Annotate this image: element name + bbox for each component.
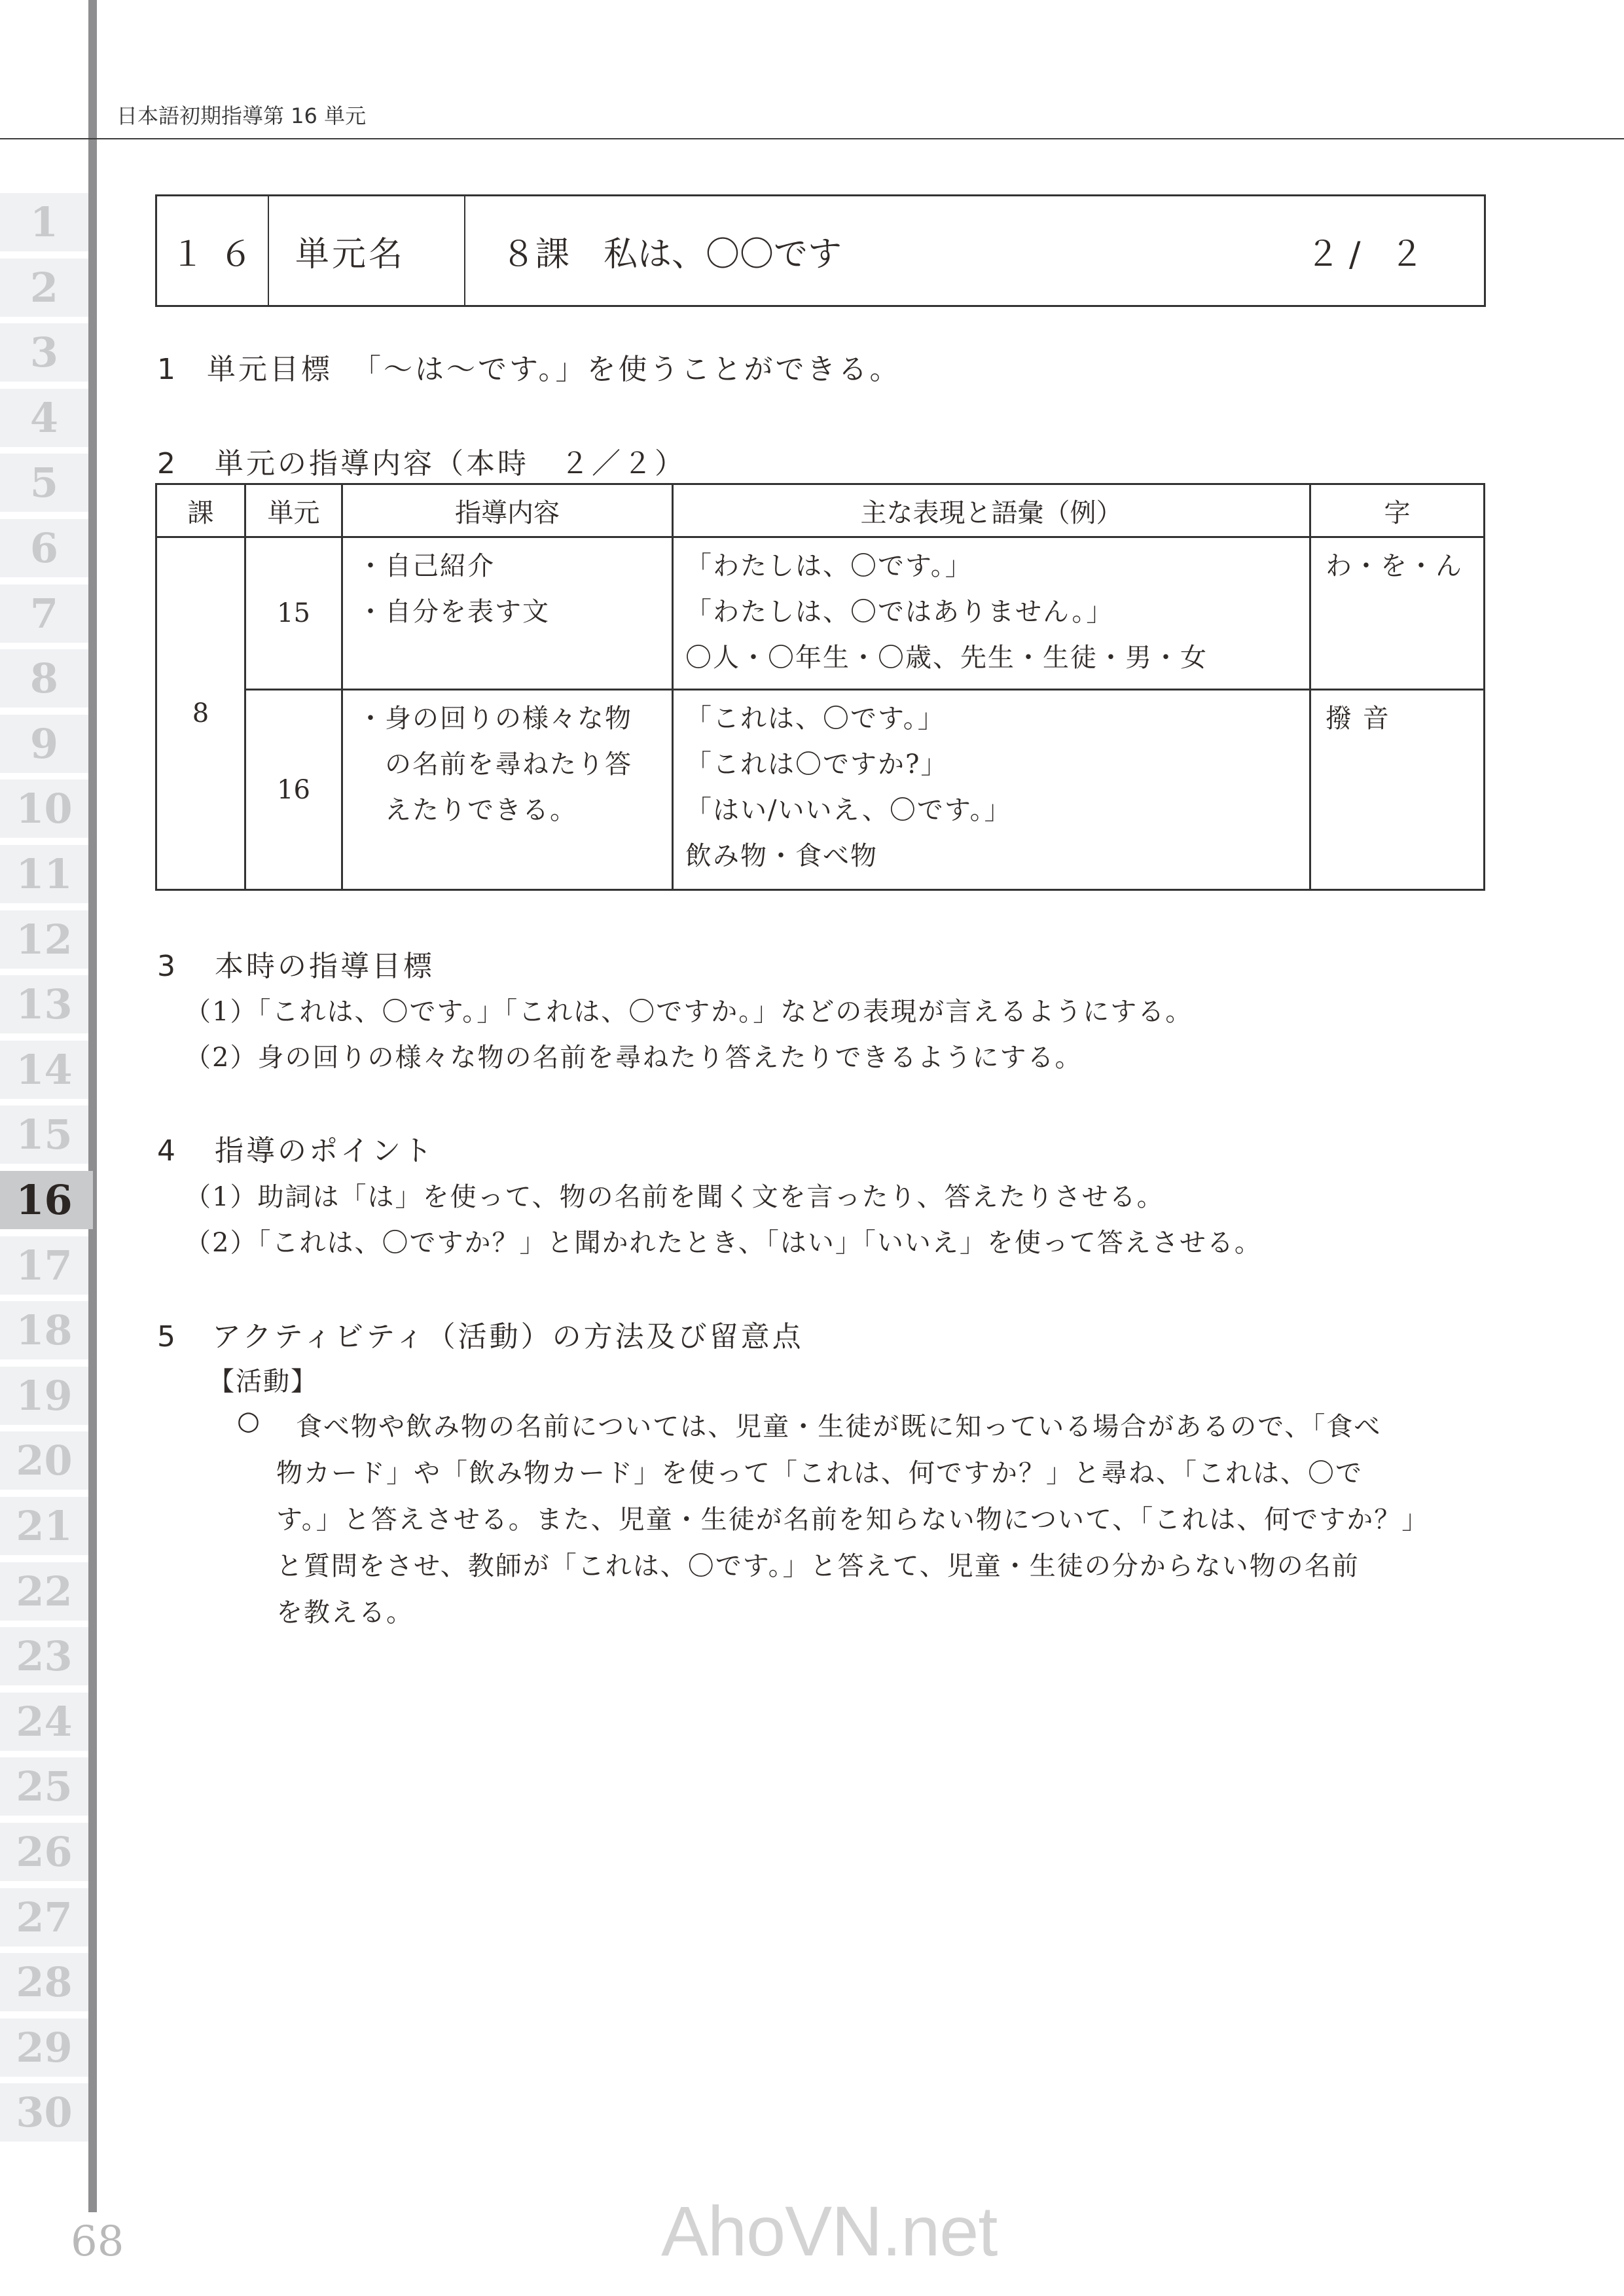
chapter-tab-21[interactable]: 21: [0, 1497, 88, 1555]
expression-line: 「これは〇ですか?」: [685, 742, 1309, 787]
unit-name-cell: ８課 私は、〇〇です ２/ ２: [465, 196, 1484, 305]
chapter-tab-29[interactable]: 29: [0, 2018, 88, 2077]
section-number: 5: [157, 1320, 212, 1354]
chapter-tab-23[interactable]: 23: [0, 1627, 88, 1685]
chapter-tab-13[interactable]: 13: [0, 975, 88, 1033]
point-item-1: （1）助詞は「は」を使って、物の名前を聞く文を言ったり、答えたりさせる。: [185, 1176, 1164, 1213]
characters-text: わ・を・ん: [1326, 543, 1483, 589]
point-item-2: （2）「これは、〇ですか？」と聞かれたとき、「はい」「いいえ」を使って答えさせる…: [185, 1222, 1262, 1259]
chapter-tab-1[interactable]: 1: [0, 193, 88, 251]
section-4-heading: 4指導のポイント: [157, 1127, 435, 1169]
expressions-cell: 「わたしは、〇です。」 「わたしは、〇ではありません。」 〇人・〇年生・〇歳、先…: [673, 537, 1310, 690]
header-unit: 単元: [245, 484, 342, 537]
section-title: 単元の指導内容（本時 ２／２）: [215, 447, 686, 480]
chapter-tab-3[interactable]: 3: [0, 323, 88, 382]
content-line: ・自分を表す文: [357, 589, 672, 635]
section-title: アクティビティ（活動）の方法及び留意点: [212, 1320, 804, 1354]
chapter-tab-4[interactable]: 4: [0, 389, 88, 447]
section-title: 本時の指導目標: [215, 950, 435, 983]
section-number: 1: [157, 353, 207, 386]
chapter-tab-30[interactable]: 30: [0, 2083, 88, 2142]
section-number: 3: [157, 950, 215, 983]
running-head: 日本語初期指導第 16 単元: [117, 99, 366, 130]
section-1-goal: 「～は～です。」を使うことができる。: [352, 353, 901, 386]
activity-paragraph-line: す。」と答えさせる。また、児童・生徒が名前を知らない物について、「これは、何です…: [276, 1499, 1429, 1536]
table-row: 8 15 ・自己紹介 ・自分を表す文 「わたしは、〇です。」 「わたしは、〇では…: [156, 537, 1485, 690]
content-line: の名前を尋ねたり答: [357, 742, 672, 787]
expressions-cell: 「これは、〇です。」 「これは〇ですか?」 「はい/いいえ、〇です。」 飲み物・…: [673, 690, 1310, 890]
expression-line: 「わたしは、〇です。」: [685, 543, 1309, 589]
header-expressions: 主な表現と語彙（例）: [673, 484, 1310, 537]
unit-name-label: 単元名: [269, 196, 465, 305]
content-line: えたりできる。: [357, 787, 672, 833]
expression-line: 「これは、〇です。」: [685, 696, 1309, 742]
unit-name: ８課 私は、〇〇です: [501, 226, 842, 276]
activity-paragraph-line: 食べ物や飲み物の名前については、児童・生徒が既に知っている場合があるので、「食べ: [296, 1406, 1381, 1443]
table-row: 16 ・身の回りの様々な物 の名前を尋ねたり答 えたりできる。 「これは、〇です…: [156, 690, 1485, 890]
chapter-tab-15[interactable]: 15: [0, 1105, 88, 1164]
chapter-tab-6[interactable]: 6: [0, 519, 88, 577]
spine-bar: [88, 0, 97, 2212]
chapter-tab-26[interactable]: 26: [0, 1823, 88, 1881]
chapter-tab-12[interactable]: 12: [0, 910, 88, 969]
chapter-tab-9[interactable]: 9: [0, 715, 88, 773]
section-3-heading: 3本時の指導目標: [157, 942, 435, 984]
lesson-cell: 8: [156, 537, 245, 890]
table-header-row: 課 単元 指導内容 主な表現と語彙（例） 字: [156, 484, 1485, 537]
unit-cell: 15: [245, 537, 342, 690]
chapter-tab-28[interactable]: 28: [0, 1953, 88, 2011]
section-5-heading: 5アクティビティ（活動）の方法及び留意点: [157, 1313, 804, 1355]
page-number: 68: [71, 2217, 124, 2266]
chapter-tab-8[interactable]: 8: [0, 649, 88, 708]
watermark: AhoVN.net: [661, 2190, 997, 2272]
chapter-tab-22[interactable]: 22: [0, 1562, 88, 1621]
chapter-tab-25[interactable]: 25: [0, 1757, 88, 1816]
activity-subheading: 【活動】: [208, 1361, 318, 1398]
section-2-heading: 2単元の指導内容（本時 ２／２）: [157, 440, 686, 482]
header-content: 指導内容: [342, 484, 673, 537]
lesson-page-indicator: ２/ ２: [1306, 226, 1433, 276]
header-lesson: 課: [156, 484, 245, 537]
content-line: ・自己紹介: [357, 543, 672, 589]
chapter-tab-2[interactable]: 2: [0, 259, 88, 317]
characters-cell: わ・を・ん: [1310, 537, 1485, 690]
chapter-tab-27[interactable]: 27: [0, 1888, 88, 1946]
objective-item-2: （2）身の回りの様々な物の名前を尋ねたり答えたりできるようにする。: [185, 1037, 1082, 1074]
activity-paragraph-line: 物カード」や「飲み物カード」を使って「これは、何ですか？」と尋ね、「これは、〇で: [276, 1452, 1363, 1490]
header-characters: 字: [1310, 484, 1485, 537]
expression-line: 「はい/いいえ、〇です。」: [685, 787, 1309, 833]
activity-paragraph-line: を教える。: [276, 1592, 414, 1629]
chapter-tab-11[interactable]: 11: [0, 845, 88, 903]
chapter-tab-10[interactable]: 10: [0, 780, 88, 838]
expression-line: 飲み物・食べ物: [685, 833, 1309, 879]
activity-paragraph-line: と質問をさせ、教師が「これは、〇です。」と答えて、児童・生徒の分からない物の名前: [276, 1545, 1360, 1583]
chapter-tab-17[interactable]: 17: [0, 1236, 88, 1295]
section-title: 単元目標: [207, 353, 333, 386]
chapter-tab-20[interactable]: 20: [0, 1431, 88, 1490]
teaching-content-table: 課 単元 指導内容 主な表現と語彙（例） 字 8 15 ・自己紹介 ・自分を表す…: [155, 483, 1485, 891]
chapter-tab-5[interactable]: 5: [0, 454, 88, 512]
content-cell: ・自己紹介 ・自分を表す文: [342, 537, 673, 690]
chapter-tab-18[interactable]: 18: [0, 1301, 88, 1359]
section-number: 2: [157, 447, 215, 480]
content-cell: ・身の回りの様々な物 の名前を尋ねたり答 えたりできる。: [342, 690, 673, 890]
header-rule: [0, 138, 1624, 139]
chapter-tab-19[interactable]: 19: [0, 1367, 88, 1425]
chapter-tab-7[interactable]: 7: [0, 584, 88, 643]
characters-cell: 撥 音: [1310, 690, 1485, 890]
section-1-heading: 1単元目標「～は～です。」を使うことができる。: [157, 346, 901, 387]
chapter-tab-24[interactable]: 24: [0, 1693, 88, 1751]
unit-number: １６: [157, 196, 269, 305]
chapter-tab-16-active[interactable]: 16: [0, 1171, 93, 1229]
unit-cell: 16: [245, 690, 342, 890]
characters-text: 撥 音: [1326, 696, 1483, 742]
content-line: ・身の回りの様々な物: [357, 696, 672, 742]
section-number: 4: [157, 1134, 215, 1168]
objective-item-1: （1）「これは、〇です。」「これは、〇ですか。」などの表現が言えるようにする。: [185, 991, 1193, 1028]
unit-title-box: １６ 単元名 ８課 私は、〇〇です ２/ ２: [155, 194, 1486, 307]
section-title: 指導のポイント: [215, 1134, 435, 1168]
chapter-tab-14[interactable]: 14: [0, 1041, 88, 1099]
circle-bullet: ○: [237, 1406, 261, 1436]
expression-line: 「わたしは、〇ではありません。」: [685, 589, 1309, 635]
expression-line: 〇人・〇年生・〇歳、先生・生徒・男・女: [685, 635, 1309, 681]
